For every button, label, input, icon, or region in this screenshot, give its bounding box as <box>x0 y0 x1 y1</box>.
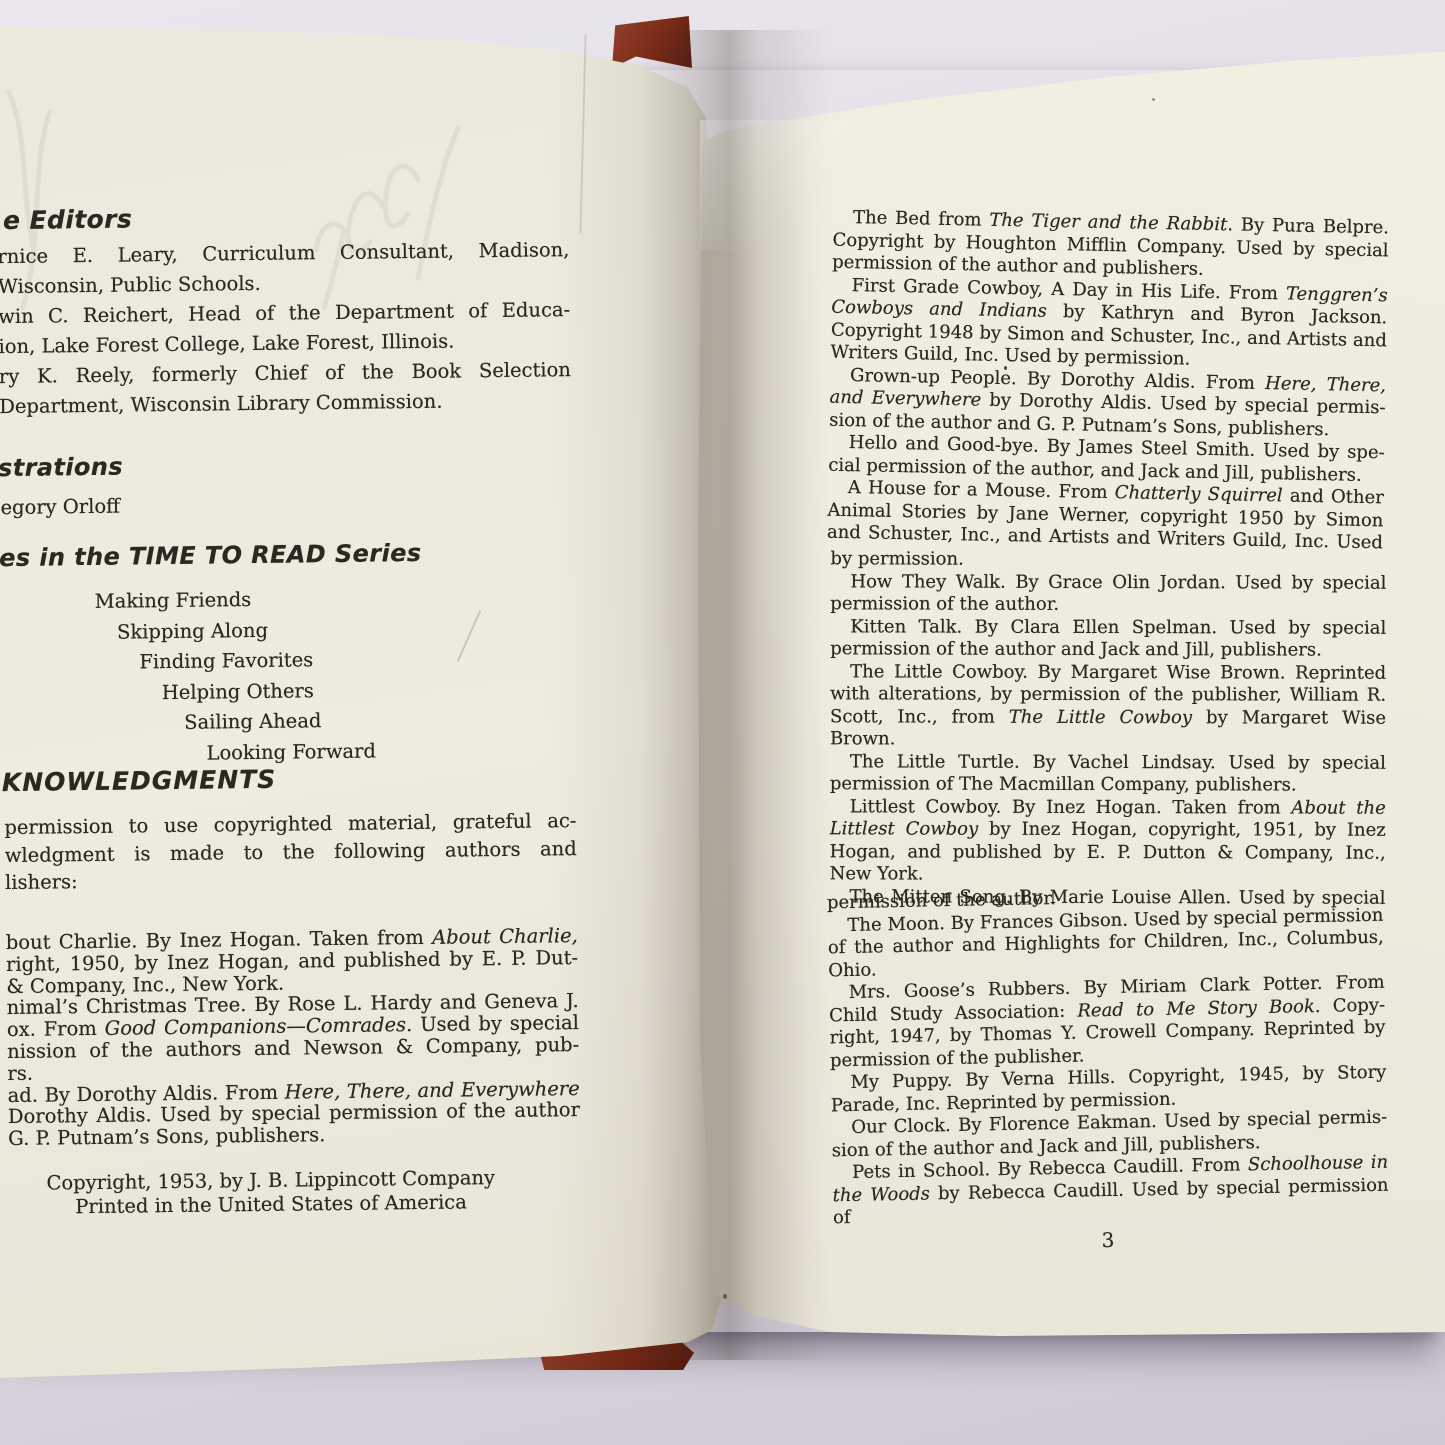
text-line: Littlest Cowboy. By Inez Hogan. Taken fr… <box>830 796 1386 820</box>
editors-heading: e Editors <box>3 204 132 235</box>
text-line: with alterations, by permission of the p… <box>830 683 1386 707</box>
text-line: G. P. Putnam’s Sons, publishers. <box>8 1121 580 1150</box>
illustrator-name: egory Orloff <box>0 495 120 519</box>
series-title-list: Making FriendsSkipping AlongFinding Favo… <box>0 581 574 771</box>
text-line: Littlest Cowboy by Inez Hogan, copyright… <box>830 818 1386 842</box>
text-line: permission of The Macmillan Company, pub… <box>830 773 1386 797</box>
text-line: Scott, Inc., from The Little Cowboy by M… <box>830 706 1386 752</box>
text-line: How They Walk. By Grace Olin Jordan. Use… <box>830 571 1386 595</box>
text-line: The Little Turtle. By Vachel Lindsay. Us… <box>830 751 1386 775</box>
text-line: Department, Wisconsin Library Commission… <box>0 385 571 422</box>
illustrations-heading: strations <box>0 453 123 483</box>
text-line: Looking Forward <box>1 734 573 771</box>
editors-list: rnice E. Leary, Curriculum Consultant, M… <box>0 235 571 422</box>
acknowledgments-entries-right-bottom: permission of the author.The Moon. By Fr… <box>827 882 1389 1230</box>
copyright-notice: Copyright, 1953, by J. B. Lippincott Com… <box>21 1166 522 1219</box>
text-line: The Little Cowboy. By Margaret Wise Brow… <box>830 661 1386 685</box>
acknowledgments-entries-right-top: The Bed from The Tiger and the Rabbit. B… <box>827 207 1389 555</box>
text-line: Kitten Talk. By Clara Ellen Spelman. Use… <box>830 616 1386 640</box>
acknowledgments-heading: KNOWLEDGMENTS <box>2 765 277 797</box>
acknowledgments-entries-left: bout Charlie. By Inez Hogan. Taken from … <box>6 925 581 1150</box>
text-line: Printed in the United States of America <box>21 1189 521 1219</box>
dust-speck <box>1152 98 1155 101</box>
text-line: permission of the author and Jack and Ji… <box>830 638 1386 662</box>
text-line: permission of the author. <box>830 593 1386 617</box>
acknowledgments-intro: permission to use copyrighted material, … <box>4 807 577 896</box>
text-line: Hogan, and published by E. P. Dutton & C… <box>830 841 1386 865</box>
acknowledgments-entries-right-middle: by permission.How They Walk. By Grace Ol… <box>830 548 1387 909</box>
left-page-text: e Editors rnice E. Leary, Curriculum Con… <box>0 0 751 1396</box>
book-photo: e Editors rnice E. Leary, Curriculum Con… <box>0 0 1445 1445</box>
text-line: by permission. <box>830 548 1386 572</box>
series-heading: es in the TIME TO READ Series <box>0 539 422 572</box>
